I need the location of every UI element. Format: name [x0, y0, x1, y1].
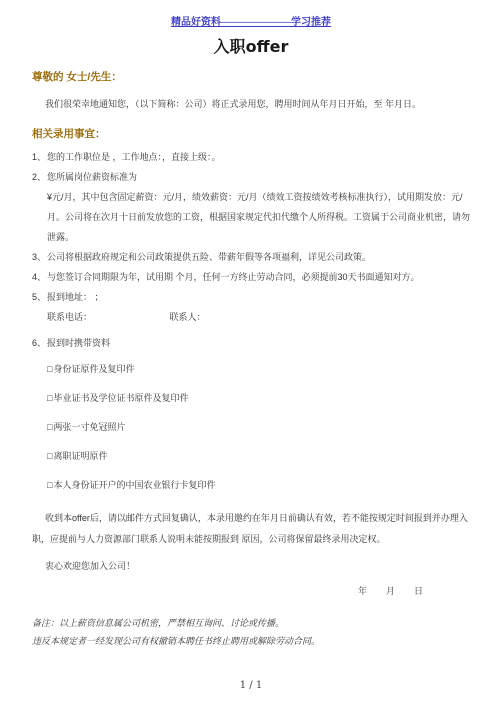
- terms-list: 1、 您的工作职位是 ，工作地点：，直接上级：。 2、 您所属岗位薪资标准为 ¥…: [32, 147, 470, 353]
- contact-line: 联系电话： 联系人：: [47, 307, 470, 327]
- promo-header: 精品好资料———————学习推荐: [32, 16, 470, 29]
- list-item-salary: 2、 您所属岗位薪资标准为: [32, 167, 470, 187]
- checklist-label: 两张一寸免冠照片: [53, 422, 125, 432]
- checklist-item-photos: □两张一寸免冠照片: [47, 421, 470, 434]
- checkbox-icon: □: [47, 422, 52, 432]
- list-item-text: 您所属岗位薪资标准为: [47, 167, 470, 187]
- checklist-item-diploma: □毕业证书及学位证书原件及复印件: [47, 392, 470, 405]
- list-item-number: 3、: [32, 247, 47, 267]
- confidentiality-notes: 备注：以上薪资信息属公司机密，严禁相互询问、讨论或传播。 违反本规定者一经发现公…: [32, 614, 470, 650]
- list-item-number: 2、: [32, 167, 47, 187]
- checklist-label: 本人身份证开户的中国农业银行卡复印件: [53, 480, 215, 490]
- list-item-number: 5、: [32, 287, 47, 307]
- list-item-number: 6、: [32, 333, 47, 353]
- list-item-text: 与您签订合同期限为年，试用期 个月，任何一方终止劳动合同，必须提前30天书面通知…: [47, 267, 470, 287]
- checklist-item-resignation-proof: □离职证明原件: [47, 450, 470, 463]
- checklist-item-bank-card: □本人身份证开户的中国农业银行卡复印件: [47, 479, 470, 492]
- checklist-label: 毕业证书及学位证书原件及复印件: [53, 393, 188, 403]
- document-title: 入职offer: [32, 37, 470, 57]
- list-item-position: 1、 您的工作职位是 ，工作地点：，直接上级：。: [32, 147, 470, 167]
- checkbox-icon: □: [47, 393, 52, 403]
- checkbox-icon: □: [47, 364, 52, 374]
- checkbox-icon: □: [47, 480, 52, 490]
- contact-person-label: 联系人：: [170, 312, 206, 322]
- welcome-line: 衷心欢迎您加入公司！: [32, 560, 470, 573]
- note-salary-confidential: 备注：以上薪资信息属公司机密，严禁相互询问、讨论或传播。: [32, 614, 470, 632]
- list-item-text: 您的工作职位是 ，工作地点：，直接上级：。: [47, 147, 470, 167]
- section-heading: 相关录用事宜：: [32, 128, 470, 141]
- checklist-label: 离职证明原件: [53, 451, 107, 461]
- list-item-text: 公司将根据政府规定和公司政策提供五险、带薪年假等各项福利，详见公司政策。: [47, 247, 470, 267]
- checklist-item-id-card: □身份证原件及复印件: [47, 363, 470, 376]
- closing-paragraph: 收到本offer后，请以邮件方式回复确认，本录用邀约在年月日前确认有效，若不能按…: [32, 508, 470, 550]
- salutation: 尊敬的 女士/先生：: [32, 71, 470, 84]
- list-item-address: 5、 报到地址： ；: [32, 287, 470, 307]
- page-number: 1 / 1: [32, 680, 470, 691]
- list-item-number: 4、: [32, 267, 47, 287]
- list-item-text: 报到时携带资料: [47, 333, 470, 353]
- checklist-label: 身份证原件及复印件: [53, 364, 134, 374]
- salary-detail-paragraph: ¥元/月，其中包含固定薪资：元/月，绩效薪资：元/月（绩效工资按绩效考核标准执行…: [47, 187, 470, 247]
- intro-paragraph: 我们很荣幸地通知您，（以下简称：公司）将正式录用您，聘用时间从年月日开始，至 年…: [32, 94, 470, 114]
- list-item-text: 报到地址： ；: [47, 287, 470, 307]
- list-item-materials: 6、 报到时携带资料: [32, 333, 470, 353]
- note-violation-consequence: 违反本规定者一经发现公司有权撤销本聘任书终止聘用或解除劳动合同。: [32, 632, 470, 650]
- materials-checklist: □身份证原件及复印件 □毕业证书及学位证书原件及复印件 □两张一寸免冠照片 □离…: [47, 363, 470, 492]
- list-item-benefits: 3、 公司将根据政府规定和公司政策提供五险、带薪年假等各项福利，详见公司政策。: [32, 247, 470, 267]
- date-line: 年 月 日: [32, 585, 470, 598]
- checkbox-icon: □: [47, 451, 52, 461]
- list-item-number: 1、: [32, 147, 47, 167]
- list-item-contract: 4、 与您签订合同期限为年，试用期 个月，任何一方终止劳动合同，必须提前30天书…: [32, 267, 470, 287]
- contact-phone-label: 联系电话：: [47, 312, 92, 322]
- promo-link[interactable]: 精品好资料———————学习推荐: [171, 17, 331, 28]
- document-page: 精品好资料———————学习推荐 入职offer 尊敬的 女士/先生： 我们很荣…: [0, 0, 500, 708]
